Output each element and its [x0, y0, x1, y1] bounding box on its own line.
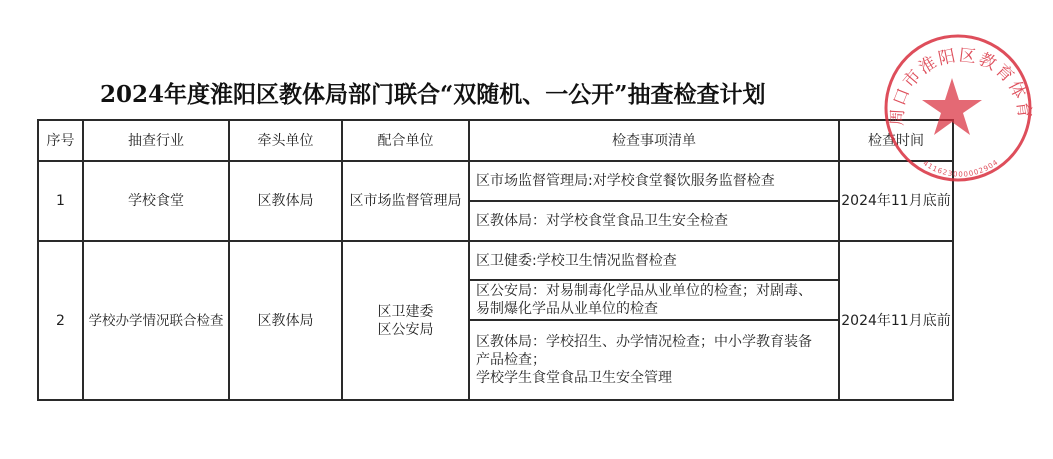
table-border-bottom: [37, 399, 954, 401]
row2-lead-unit: 区教体局: [230, 242, 341, 399]
table-border-right: [952, 119, 954, 401]
row1-item-1: 区市场监督管理局:对学校食堂餐饮服务监督检查: [470, 162, 838, 200]
row1-cooperating-units: 区市场监督管理局: [343, 162, 468, 240]
row2-item-3-text: 区教体局：学校招生、办学情况检查；中小学教育装备 产品检查； 学校学生食堂食品卫…: [476, 333, 812, 387]
row2-cooperating-units-text: 区卫建委 区公安局: [378, 303, 434, 339]
row2-time: 2024年11月底前: [840, 242, 952, 399]
header-cooperating-units: 配合单位: [343, 121, 468, 160]
header-time: 检查时间: [840, 121, 952, 160]
row2-item-3: 区教体局：学校招生、办学情况检查；中小学教育装备 产品检查； 学校学生食堂食品卫…: [470, 321, 838, 399]
row1-index: 1: [39, 162, 82, 240]
row2-index: 2: [39, 242, 82, 399]
row1-time: 2024年11月底前: [840, 162, 952, 240]
row2-item-2: 区公安局：对易制毒化学品从业单位的检查；对剧毒、 易制爆化学品从业单位的检查: [470, 281, 838, 319]
header-lead-unit: 牵头单位: [230, 121, 341, 160]
header-index: 序号: [39, 121, 82, 160]
row1-industry: 学校食堂: [84, 162, 228, 240]
row2-item-1: 区卫健委:学校卫生情况监督检查: [470, 242, 838, 279]
row2-cooperating-units: 区卫建委 区公安局: [343, 242, 468, 399]
inspection-plan-table: 序号 抽查行业 牵头单位 配合单位 检查事项清单 检查时间 1 学校食堂 区教体…: [0, 0, 1053, 459]
header-industry: 抽查行业: [84, 121, 228, 160]
row2-industry: 学校办学情况联合检查: [84, 242, 228, 399]
row2-item-2-text: 区公安局：对易制毒化学品从业单位的检查；对剧毒、 易制爆化学品从业单位的检查: [476, 282, 812, 318]
header-items: 检查事项清单: [470, 121, 838, 160]
row1-lead-unit: 区教体局: [230, 162, 341, 240]
row1-item-2: 区教体局：对学校食堂食品卫生安全检查: [470, 202, 838, 240]
